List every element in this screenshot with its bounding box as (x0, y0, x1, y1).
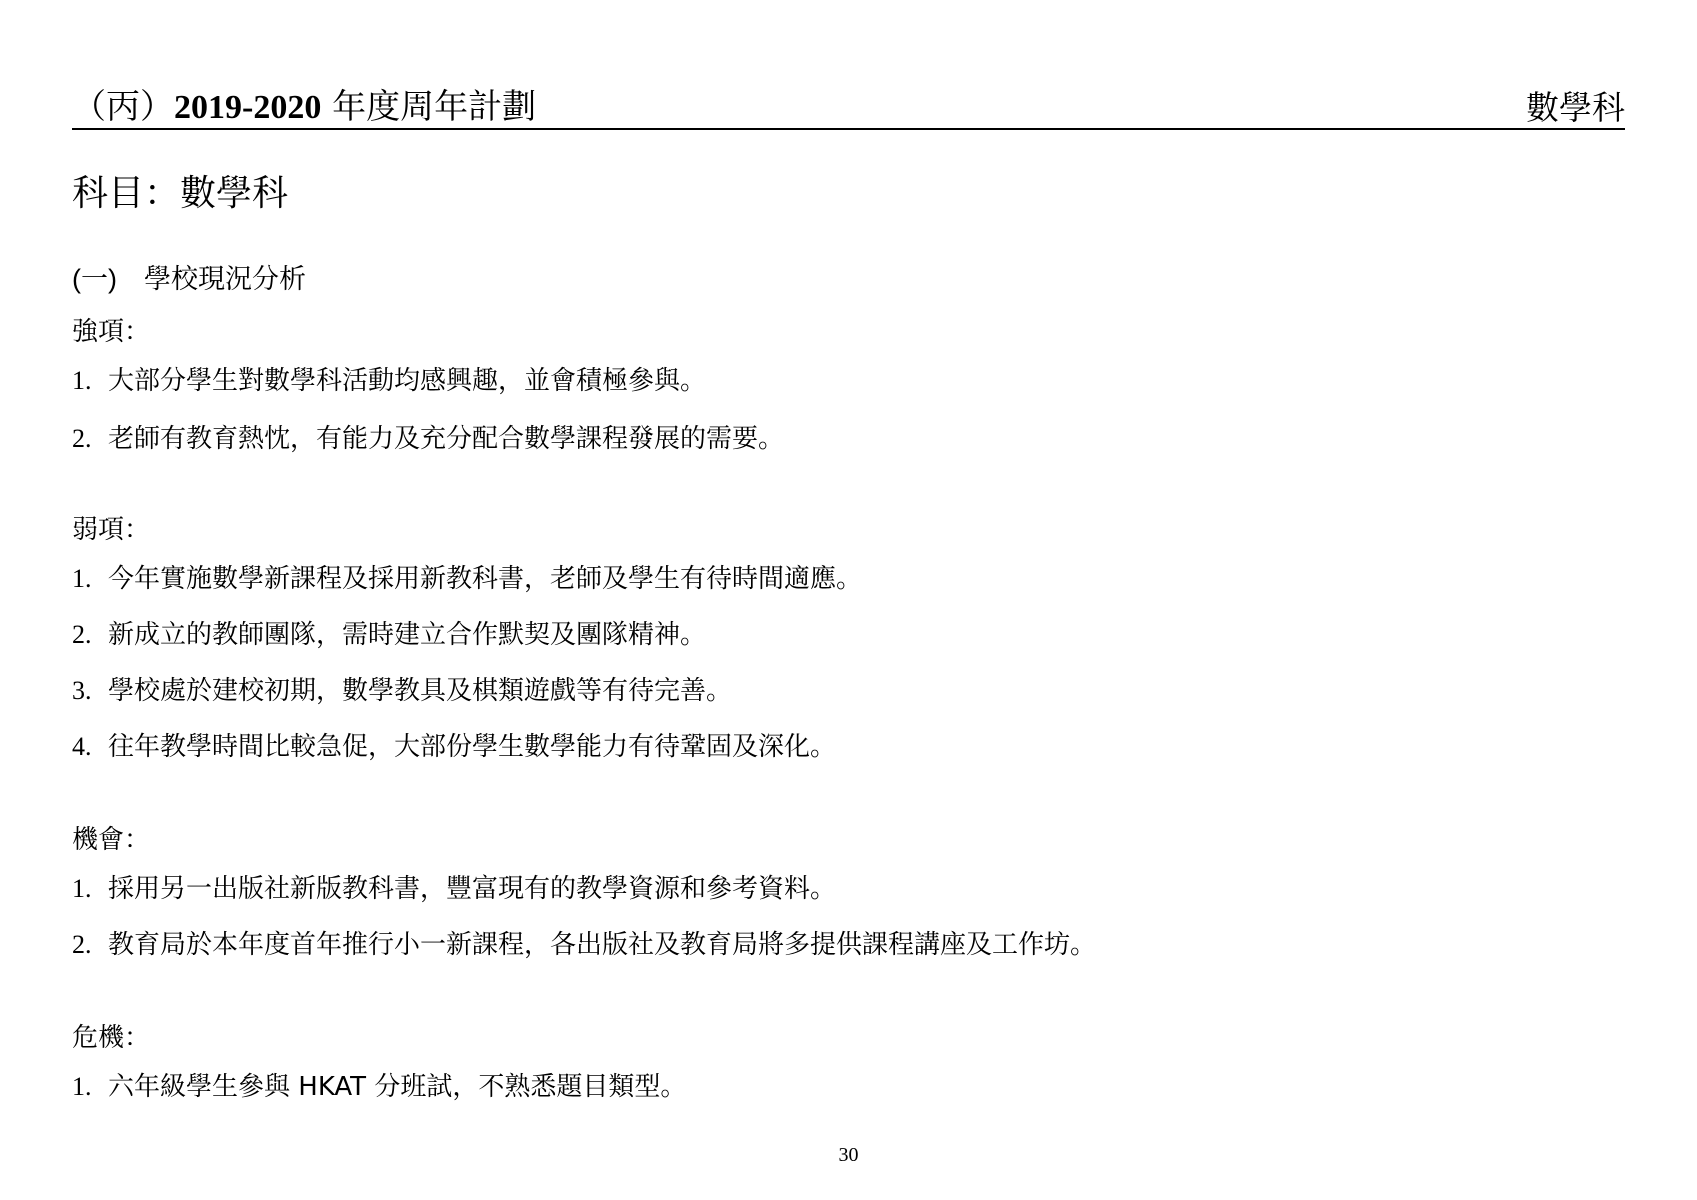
item-text: 大部分學生對數學科活動均感興趣，並會積極參與。 (108, 366, 706, 396)
opportunity-item: 2.教育局於本年度首年推行小一新課程，各出版社及教育局將多提供課程講座及工作坊。 (72, 929, 1096, 961)
section-title-text: 學校現況分析 (144, 264, 306, 295)
item-text: 往年教學時間比較急促，大部份學生數學能力有待鞏固及深化。 (108, 732, 836, 762)
opportunities-label: 機會： (72, 824, 150, 856)
weakness-item: 2.新成立的教師團隊，需時建立合作默契及團隊精神。 (72, 619, 706, 651)
threat-item: 1.六年級學生參與 HKAT 分班試，不熟悉題目類型。 (72, 1071, 686, 1103)
header-subject: 數學科 (1526, 88, 1625, 128)
item-text: 教育局於本年度首年推行小一新課程，各出版社及教育局將多提供課程講座及工作坊。 (108, 930, 1096, 960)
weakness-item: 4.往年教學時間比較急促，大部份學生數學能力有待鞏固及深化。 (72, 731, 836, 763)
section-heading: (一)學校現況分析 (72, 262, 306, 297)
item-text: 今年實施數學新課程及採用新教科書，老師及學生有待時間適應。 (108, 564, 862, 594)
weaknesses-label: 弱項： (72, 514, 150, 546)
strengths-label: 強項： (72, 316, 150, 348)
item-index: 4. (72, 731, 108, 763)
item-index: 1. (72, 365, 108, 397)
item-index: 2. (72, 619, 108, 651)
threats-label: 危機： (72, 1022, 150, 1054)
weakness-item: 1.今年實施數學新課程及採用新教科書，老師及學生有待時間適應。 (72, 563, 862, 595)
subject-title: 科目：數學科 (72, 172, 288, 216)
header-title: （丙）2019-2020 年度周年計劃 (72, 87, 536, 128)
weakness-item: 3.學校處於建校初期，數學教具及棋類遊戲等有待完善。 (72, 675, 732, 707)
strength-item: 2.老師有教育熱忱，有能力及充分配合數學課程發展的需要。 (72, 423, 784, 455)
item-text: 六年級學生參與 HKAT 分班試，不熟悉題目類型。 (108, 1072, 686, 1102)
strength-item: 1.大部分學生對數學科活動均感興趣，並會積極參與。 (72, 365, 706, 397)
item-index: 2. (72, 929, 108, 961)
header-year: 2019-2020 (174, 89, 321, 126)
item-text: 老師有教育熱忱，有能力及充分配合數學課程發展的需要。 (108, 424, 784, 454)
item-text: 學校處於建校初期，數學教具及棋類遊戲等有待完善。 (108, 676, 732, 706)
page-number: 30 (0, 1143, 1697, 1167)
item-index: 1. (72, 1071, 108, 1103)
item-index: 2. (72, 423, 108, 455)
section-number: (一) (72, 262, 144, 296)
item-text: 新成立的教師團隊，需時建立合作默契及團隊精神。 (108, 620, 706, 650)
header-section-label: （丙） (72, 87, 174, 127)
item-index: 3. (72, 675, 108, 707)
header-title-text: 年度周年計劃 (321, 87, 536, 127)
page-header: （丙）2019-2020 年度周年計劃 數學科 (72, 84, 1625, 130)
item-index: 1. (72, 563, 108, 595)
opportunity-item: 1.採用另一出版社新版教科書，豐富現有的教學資源和參考資料。 (72, 873, 836, 905)
item-text: 採用另一出版社新版教科書，豐富現有的教學資源和參考資料。 (108, 874, 836, 904)
document-page: （丙）2019-2020 年度周年計劃 數學科 科目：數學科 (一)學校現況分析… (0, 0, 1697, 1200)
item-index: 1. (72, 873, 108, 905)
